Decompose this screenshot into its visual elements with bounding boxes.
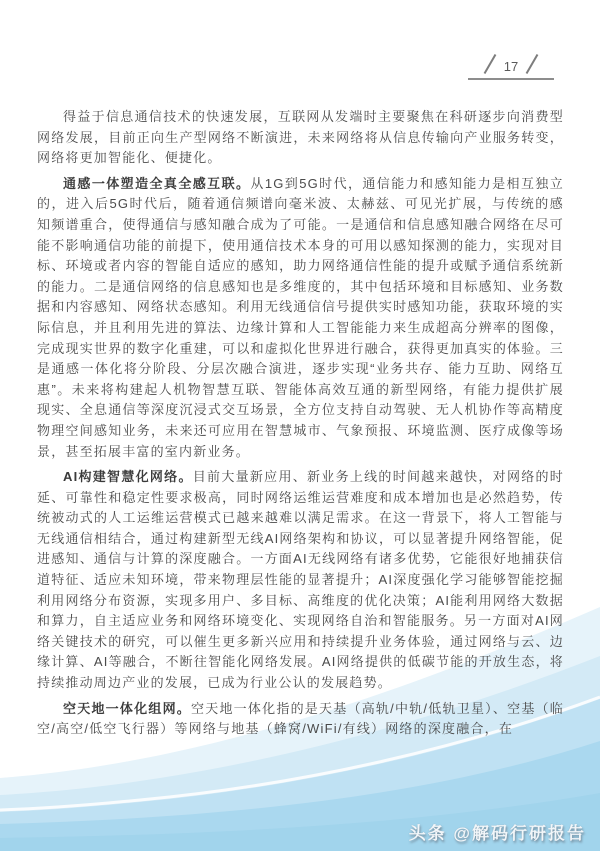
slash-icon	[483, 54, 496, 74]
paragraph-integrated-sensing: 通感一体塑造全真全感互联。从1G到5G时代，通信能力和感知能力是相互独立的，进入…	[37, 174, 564, 462]
page-number: 17	[468, 48, 554, 80]
paragraph-text: 得益于信息通信技术的快速发展，互联网从发端时主要聚焦在科研逐步向消费型网络发展，…	[37, 109, 564, 165]
paragraph-intro: 得益于信息通信技术的快速发展，互联网从发端时主要聚焦在科研逐步向消费型网络发展，…	[37, 107, 564, 169]
paragraph-ai-network: AI构建智慧化网络。目前大量新应用、新业务上线的时间越来越快，对网络的时延、可靠…	[37, 467, 564, 694]
document-body: 得益于信息通信技术的快速发展，互联网从发端时主要聚焦在科研逐步向消费型网络发展，…	[37, 107, 564, 745]
paragraph-text: 从1G到5G时代，通信能力和感知能力是相互独立的，进入后5G时代后，随着通信频谱…	[37, 176, 564, 459]
watermark: 头条 @解码行研报告	[409, 819, 586, 844]
paragraph-lead: 空天地一体化组网。	[63, 701, 191, 716]
slash-icon	[526, 54, 539, 74]
paragraph-space-air-ground: 空天地一体化组网。空天地一体化指的是天基（高轨/中轨/低轨卫星）、空基（临空/高…	[37, 699, 564, 740]
page-number-text: 17	[503, 60, 519, 75]
paragraph-lead: 通感一体塑造全真全感互联。	[63, 176, 250, 191]
paragraph-text: 目前大量新应用、新业务上线的时间越来越快，对网络的时延、可靠性和稳定性要求极高，…	[37, 469, 564, 690]
paragraph-lead: AI构建智慧化网络。	[63, 469, 193, 484]
